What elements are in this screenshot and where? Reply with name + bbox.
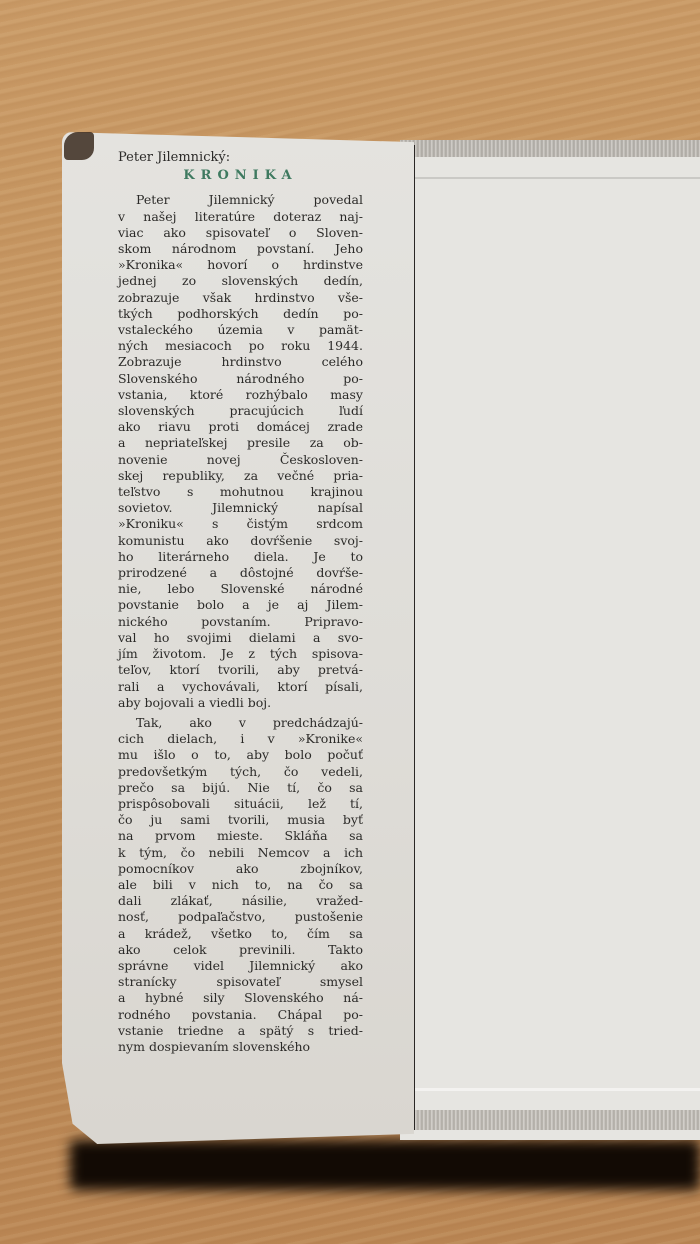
text-line: a krádež, všetko to, čím sa <box>118 926 363 942</box>
text-line: čo ju sami tvorili, musia byť <box>118 812 363 828</box>
text-line: Tak, ako v predchádzajú- <box>118 715 363 731</box>
text-line: vstaleckého územia v pamät- <box>118 322 363 338</box>
text-line: povstanie bolo a je aj Jilem- <box>118 597 363 613</box>
book-shadow <box>70 1140 700 1190</box>
text-line: dali zlákať, násilie, vražed- <box>118 893 363 909</box>
text-line: novenie novej Českosloven- <box>118 452 363 468</box>
text-line: ako celok previnili. Takto <box>118 942 363 958</box>
text-line: cich dielach, i v »Kronike« <box>118 731 363 747</box>
author-name: Peter Jilemnický: <box>118 150 363 166</box>
text-line: komunistu ako dovŕšenie svoj- <box>118 533 363 549</box>
text-line: Slovenského národného po- <box>118 371 363 387</box>
text-line: Zobrazuje hrdinstvo celého <box>118 354 363 370</box>
text-line: skom národnom povstaní. Jeho <box>118 241 363 257</box>
text-line: viac ako spisovateľ o Sloven- <box>118 225 363 241</box>
text-line: mu išlo o to, aby bolo počuť <box>118 747 363 763</box>
text-line: nosť, podpaľačstvo, pustošenie <box>118 909 363 925</box>
text-line: správne videl Jilemnický ako <box>118 958 363 974</box>
text-line: ho literárneho diela. Je to <box>118 549 363 565</box>
text-line: nym dospievaním slovenského <box>118 1039 363 1055</box>
flap-text: Peter Jilemnický: KRONIKA Peter Jilemnic… <box>118 150 363 1055</box>
book-cloth-binding-top <box>400 140 700 157</box>
text-line: prirodzené a dôstojné dovŕše- <box>118 565 363 581</box>
text-line: prispôsobovali situácii, lež tí, <box>118 796 363 812</box>
text-line: val ho svojimi dielami a svo- <box>118 630 363 646</box>
text-line: nického povstaním. Pripravo- <box>118 614 363 630</box>
text-line: ale bili v nich to, na čo sa <box>118 877 363 893</box>
paragraph-1: Peter Jilemnický povedalv našej literatú… <box>118 192 363 711</box>
text-line: teľov, ktorí tvorili, aby pretvá- <box>118 662 363 678</box>
text-line: stranícky spisovateľ smysel <box>118 974 363 990</box>
text-line: Peter Jilemnický povedal <box>118 192 363 208</box>
text-line: k tým, čo nebili Nemcov a ich <box>118 845 363 861</box>
text-line: a nepriateľskej presile za ob- <box>118 435 363 451</box>
worn-corner <box>64 132 94 160</box>
text-line: prečo sa bijú. Nie tí, čo sa <box>118 780 363 796</box>
text-line: slovenských pracujúcich ľudí <box>118 403 363 419</box>
text-line: rali a vychovávali, ktorí písali, <box>118 679 363 695</box>
book-cloth-binding-bottom <box>400 1110 700 1130</box>
text-line: a hybné sily Slovenského ná- <box>118 990 363 1006</box>
book-endpaper <box>400 140 700 1140</box>
text-line: pomocníkov ako zbojníkov, <box>118 861 363 877</box>
text-line: zobrazuje však hrdinstvo vše- <box>118 290 363 306</box>
paragraph-2: Tak, ako v predchádzajú-cich dielach, i … <box>118 715 363 1055</box>
text-line: »Kroniku« s čistým srdcom <box>118 516 363 532</box>
text-line: na prvom mieste. Skláňa sa <box>118 828 363 844</box>
text-line: sovietov. Jilemnický napísal <box>118 500 363 516</box>
text-line: rodného povstania. Chápal po- <box>118 1007 363 1023</box>
book-title: KRONIKA <box>118 168 363 184</box>
text-line: nie, lebo Slovenské národné <box>118 581 363 597</box>
text-line: aby bojovali a viedli boj. <box>118 695 363 711</box>
endpaper-fold-line-bottom <box>400 1088 700 1091</box>
text-line: »Kronika« hovorí o hrdinstve <box>118 257 363 273</box>
text-line: teľstvo s mohutnou krajinou <box>118 484 363 500</box>
text-line: vstania, ktoré rozhýbalo masy <box>118 387 363 403</box>
text-line: vstanie triedne a spätý s tried- <box>118 1023 363 1039</box>
text-line: predovšetkým tých, čo vedeli, <box>118 764 363 780</box>
text-line: jednej zo slovenských dedín, <box>118 273 363 289</box>
text-line: v našej literatúre doteraz naj- <box>118 209 363 225</box>
text-line: jím životom. Je z tých spisova- <box>118 646 363 662</box>
text-line: ných mesiacoch po roku 1944. <box>118 338 363 354</box>
text-line: tkých podhorských dedín po- <box>118 306 363 322</box>
text-line: skej republiky, za večné pria- <box>118 468 363 484</box>
endpaper-fold-line <box>400 177 700 179</box>
text-line: ako riavu proti domácej zrade <box>118 419 363 435</box>
